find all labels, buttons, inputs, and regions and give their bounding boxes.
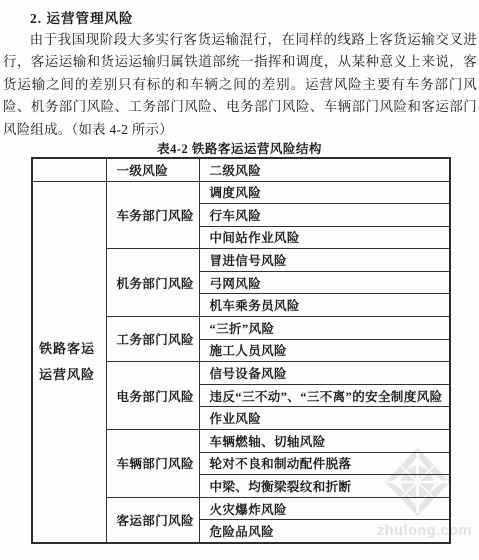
- body-paragraph: 由于我国现阶段大多实行客货运输混行，在同样的线路上客货运输交叉进行，客运运输和货…: [3, 29, 477, 141]
- risk-item-cell: 中梁、均衡梁裂纹和折断: [199, 475, 450, 498]
- document-page: 2. 运营管理风险 由于我国现阶段大多实行客货运输混行，在同样的线路上客货运输交…: [0, 0, 479, 560]
- risk-structure-table: 一级风险 二级风险 铁路客运运营风险 车务部门风险 调度风险 行车风险 中间站作…: [31, 157, 451, 544]
- table-header-row: 一级风险 二级风险: [32, 158, 450, 181]
- section-heading: 2. 运营管理风险: [30, 7, 134, 27]
- risk-item-cell: 冒进信号风险: [199, 249, 450, 272]
- risk-item-cell: 调度风险: [199, 181, 450, 204]
- risk-item-cell: 火灾爆炸风险: [199, 497, 450, 520]
- group-label-cell: 电务部门风险: [106, 362, 199, 430]
- risk-item-cell: 轮对不良和制动配件脱落: [199, 452, 450, 475]
- risk-item-cell: 作业风险: [199, 407, 450, 430]
- header-cell-level2: 二级风险: [199, 158, 450, 181]
- risk-item-cell: 中间站作业风险: [199, 226, 450, 249]
- risk-item-cell: 车辆燃轴、切轴风险: [199, 430, 450, 453]
- group-label-cell: 车辆部门风险: [106, 430, 199, 498]
- table-caption: 表4-2 铁路客运运营风险结构: [0, 139, 479, 157]
- header-cell-level1: 一级风险: [106, 158, 199, 181]
- header-cell-corner: [32, 158, 106, 181]
- risk-item-cell: 危险品风险: [199, 520, 450, 543]
- risk-item-cell: “三折”风险: [199, 317, 450, 340]
- risk-item-cell: 机车乘务员风险: [199, 294, 450, 317]
- group-label-cell: 车务部门风险: [106, 181, 199, 249]
- risk-item-cell: 弓网风险: [199, 271, 450, 294]
- group-label-cell: 工务部门风险: [106, 317, 199, 362]
- group-label-cell: 客运部门风险: [106, 497, 199, 542]
- row-header-cell: 铁路客运运营风险: [32, 181, 106, 543]
- risk-item-cell: 行车风险: [199, 204, 450, 227]
- risk-item-cell: 施工人员风险: [199, 339, 450, 362]
- risk-item-cell: 违反“三不动”、“三不离”的安全制度风险: [199, 384, 450, 407]
- group-label-cell: 机务部门风险: [106, 249, 199, 317]
- table-row: 铁路客运运营风险 车务部门风险 调度风险: [32, 181, 450, 204]
- risk-item-cell: 信号设备风险: [199, 362, 450, 385]
